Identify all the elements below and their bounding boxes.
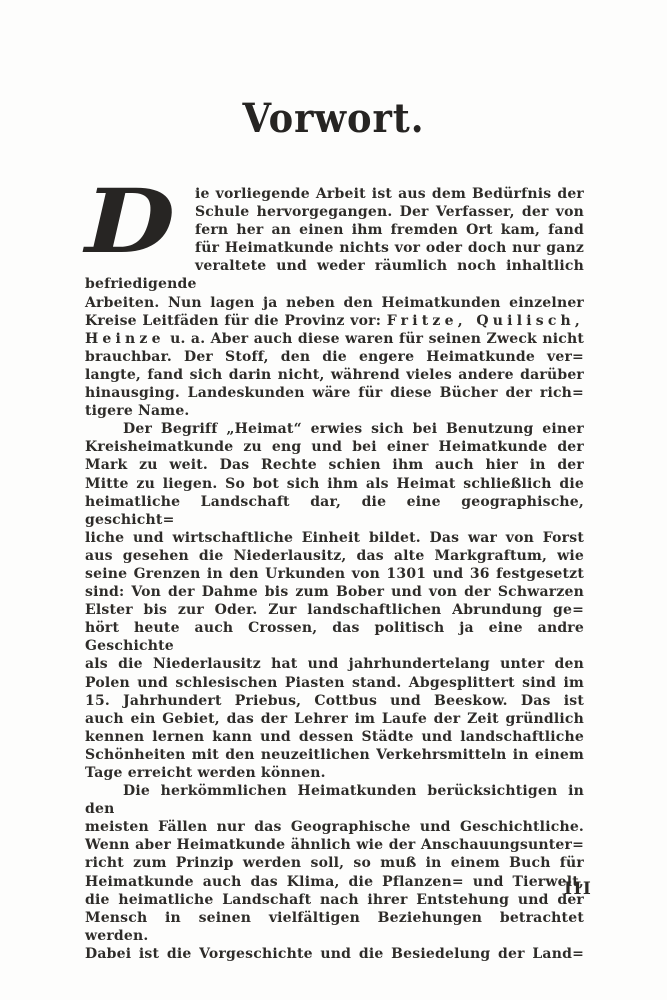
- text-segment: Kreisheimatkunde zu eng und bei einer He…: [85, 439, 584, 455]
- text-segment: Kreise Leitfäden für die Provinz vor:: [85, 313, 387, 329]
- text-segment: Schönheiten mit den neuzeitlichen Verkeh…: [85, 747, 584, 763]
- text-line: Tage erreicht werden können.: [85, 764, 584, 782]
- text-line: Kreisheimatkunde zu eng und bei einer He…: [85, 438, 584, 456]
- text-segment: hinausging. Landeskunden wäre für diese …: [85, 385, 584, 401]
- text-segment: langte, fand sich darin nicht, während v…: [85, 367, 584, 383]
- text-segment: Der Begriff „Heimat“ erwies sich bei Ben…: [123, 421, 584, 437]
- text-segment: kennen lernen kann und dessen Städte und…: [85, 729, 584, 745]
- text-line: Kreise Leitfäden für die Provinz vor: Fr…: [85, 312, 584, 330]
- text-line: Der Begriff „Heimat“ erwies sich bei Ben…: [85, 420, 584, 438]
- page-title: Vorwort.: [27, 96, 641, 142]
- text-segment: Mensch in seinen vielfältigen Beziehunge…: [85, 910, 584, 944]
- text-line: Die herkömmlichen Heimatkunden berücksic…: [85, 782, 584, 818]
- text-segment: richt zum Prinzip werden soll, so muß in…: [85, 855, 584, 871]
- text-line: Polen und schlesischen Piasten stand. Ab…: [85, 674, 584, 692]
- text-segment: Elster bis zur Oder. Zur landschaftliche…: [85, 602, 584, 618]
- text-line: kennen lernen kann und dessen Städte und…: [85, 728, 584, 746]
- text-line: als die Niederlausitz hat und jahrhunder…: [85, 655, 584, 673]
- text-block: D ie vorliegende Arbeit ist aus dem Bedü…: [85, 185, 584, 963]
- text-segment: Die herkömmlichen Heimatkunden berücksic…: [85, 783, 584, 817]
- letterspaced-name: Heinze: [85, 331, 165, 347]
- text-line: heimatliche Landschaft dar, die eine geo…: [85, 493, 584, 529]
- text-segment: Mark zu weit. Das Rechte schien ihm auch…: [85, 457, 584, 473]
- text-line: langte, fand sich darin nicht, während v…: [85, 366, 584, 384]
- paragraphs: ie vorliegende Arbeit ist aus dem Bedürf…: [85, 185, 584, 963]
- paragraph-2: Der Begriff „Heimat“ erwies sich bei Ben…: [85, 420, 584, 782]
- text-line: auch ein Gebiet, das der Lehrer im Laufe…: [85, 710, 584, 728]
- text-segment: 15. Jahrhundert Priebus, Cottbus und Bee…: [85, 693, 584, 709]
- text-line: Dabei ist die Vorgeschichte und die Besi…: [85, 945, 584, 963]
- text-segment: brauchbar. Der Stoff, den die engere Hei…: [85, 349, 584, 365]
- drop-cap: D: [85, 185, 195, 257]
- book-page: Vorwort. D ie vorliegende Arbeit ist aus…: [0, 0, 667, 1000]
- text-line: Wenn aber Heimatkunde ähnlich wie der An…: [85, 836, 584, 854]
- text-line: Elster bis zur Oder. Zur landschaftliche…: [85, 601, 584, 619]
- text-line: seine Grenzen in den Urkunden von 1301 u…: [85, 565, 584, 583]
- text-line: Schönheiten mit den neuzeitlichen Verkeh…: [85, 746, 584, 764]
- text-segment: aus gesehen die Niederlausitz, das alte …: [85, 548, 584, 564]
- paragraph-3: Die herkömmlichen Heimatkunden berücksic…: [85, 782, 584, 963]
- text-segment: für Heimatkunde nichts vor oder doch nur…: [195, 240, 584, 256]
- text-line: sind: Von der Dahme bis zum Bober und vo…: [85, 583, 584, 601]
- text-line: tigere Name.: [85, 402, 584, 420]
- text-line: aus gesehen die Niederlausitz, das alte …: [85, 547, 584, 565]
- text-line: richt zum Prinzip werden soll, so muß in…: [85, 854, 584, 872]
- page-number: III: [564, 879, 592, 899]
- text-segment: Polen und schlesischen Piasten stand. Ab…: [85, 675, 584, 691]
- text-segment: hört heute auch Crossen, das politisch j…: [85, 620, 584, 654]
- text-segment: Schule hervorgegangen. Der Verfasser, de…: [195, 204, 584, 220]
- text-segment: fern her an einen ihm fremden Ort kam, f…: [195, 222, 584, 238]
- text-segment: die heimatliche Landschaft nach ihrer En…: [85, 892, 584, 908]
- text-line: brauchbar. Der Stoff, den die engere Hei…: [85, 348, 584, 366]
- text-segment: Tage erreicht werden können.: [85, 765, 326, 781]
- text-segment: tigere Name.: [85, 403, 190, 419]
- text-line: Heimatkunde auch das Klima, die Pflanzen…: [85, 873, 584, 891]
- text-segment: liche und wirtschaftliche Einheit bildet…: [85, 530, 584, 546]
- text-segment: seine Grenzen in den Urkunden von 1301 u…: [85, 566, 584, 582]
- text-line: die heimatliche Landschaft nach ihrer En…: [85, 891, 584, 909]
- text-line: Mensch in seinen vielfältigen Beziehunge…: [85, 909, 584, 945]
- text-line: hinausging. Landeskunden wäre für diese …: [85, 384, 584, 402]
- text-segment: Dabei ist die Vorgeschichte und die Besi…: [85, 946, 584, 962]
- text-segment: Mitte zu liegen. So bot sich ihm als Hei…: [85, 476, 584, 492]
- text-segment: heimatliche Landschaft dar, die eine geo…: [85, 494, 584, 528]
- text-line: Arbeiten. Nun lagen ja neben den Heimatk…: [85, 294, 584, 312]
- text-line: meisten Fällen nur das Geographische und…: [85, 818, 584, 836]
- text-segment: Wenn aber Heimatkunde ähnlich wie der An…: [85, 837, 584, 853]
- text-segment: u. a. Aber auch diese waren für seinen Z…: [165, 331, 584, 347]
- text-line: Mitte zu liegen. So bot sich ihm als Hei…: [85, 475, 584, 493]
- text-line: hört heute auch Crossen, das politisch j…: [85, 619, 584, 655]
- text-segment: Heimatkunde auch das Klima, die Pflanzen…: [85, 874, 584, 890]
- text-line: Heinze u. a. Aber auch diese waren für s…: [85, 330, 584, 348]
- text-segment: meisten Fällen nur das Geographische und…: [85, 819, 584, 835]
- text-line: liche und wirtschaftliche Einheit bildet…: [85, 529, 584, 547]
- drop-cap-letter: D: [85, 185, 215, 257]
- text-segment: ie vorliegende Arbeit ist aus dem Bedürf…: [195, 186, 584, 202]
- text-segment: als die Niederlausitz hat und jahrhunder…: [85, 656, 584, 672]
- text-segment: sind: Von der Dahme bis zum Bober und vo…: [85, 584, 584, 600]
- text-segment: Arbeiten. Nun lagen ja neben den Heimatk…: [85, 295, 584, 311]
- letterspaced-name: Fritze, Quilisch,: [387, 313, 584, 329]
- text-line: 15. Jahrhundert Priebus, Cottbus und Bee…: [85, 692, 584, 710]
- text-segment: auch ein Gebiet, das der Lehrer im Laufe…: [85, 711, 584, 727]
- text-line: Mark zu weit. Das Rechte schien ihm auch…: [85, 456, 584, 474]
